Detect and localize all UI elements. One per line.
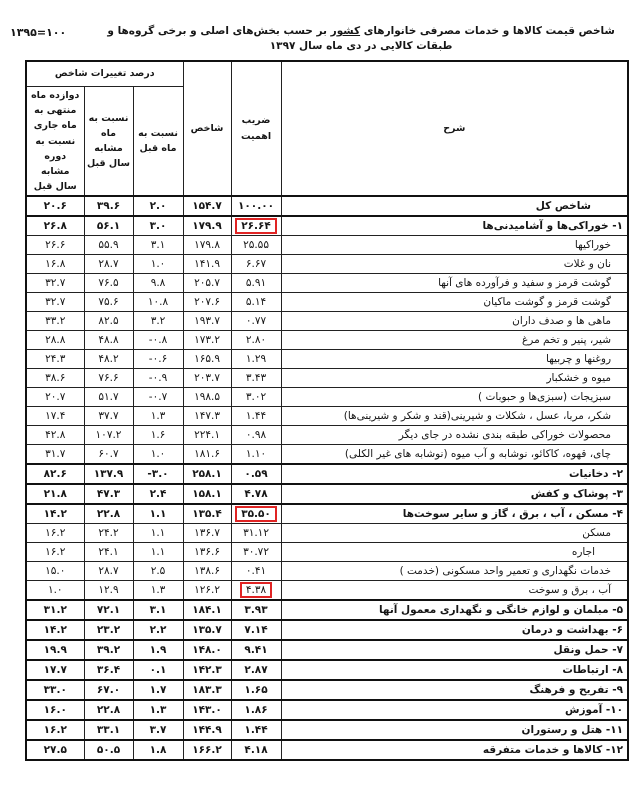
cell-12month-change: ۲۴.۳ <box>26 350 84 369</box>
cell-mom-change: ۱.۳ <box>133 407 183 426</box>
cell-index-value: ۱۲۶.۲ <box>183 581 231 601</box>
cell-index-value: ۱۸۴.۱ <box>183 600 231 620</box>
table-row: ۱۶.۲۲۴.۲۱.۱۱۳۶.۷۳۱.۱۲مسکن <box>26 524 628 543</box>
cell-12month-change: ۲۱.۸ <box>26 484 84 504</box>
cell-description: آب ، برق و سوخت <box>281 581 628 601</box>
table-row: ۱۷.۷۳۶.۴۰.۱۱۴۲.۳۲.۸۷۸- ارتباطات <box>26 660 628 680</box>
cell-description: مسکن <box>281 524 628 543</box>
cell-yoy-change: ۳۳.۱ <box>84 720 133 740</box>
highlight-box: ۳۵.۵۰ <box>235 506 277 522</box>
cell-12month-change: ۲۰.۶ <box>26 196 84 216</box>
cell-description: روغنها و چربیها <box>281 350 628 369</box>
cell-index-value: ۱۶۶.۲ <box>183 740 231 760</box>
cell-index-value: ۱۹۳.۷ <box>183 312 231 331</box>
cell-weight-value: ۴.۷۸ <box>231 484 281 504</box>
page-title-pre: شاخص قیمت کالاها و خدمات مصرفی خانوارهای <box>360 25 615 37</box>
cpi-table: درصد تغییرات شاخص شاخص ضریب اهمیت شرح دو… <box>25 60 629 761</box>
cell-weight-value: ۴.۱۸ <box>231 740 281 760</box>
cell-description: ۳- پوشاک و کفش <box>281 484 628 504</box>
cell-weight-value: ۱.۶۵ <box>231 680 281 700</box>
cell-yoy-change: ۲۳.۲ <box>84 620 133 640</box>
cell-12month-change: ۳۲.۷ <box>26 293 84 312</box>
cell-description: شاخص کل <box>281 196 628 216</box>
cell-description: چای، قهوه، کاکائو، نوشابه و آب میوه (نوش… <box>281 445 628 465</box>
cell-weight-value: ۱.۱۰ <box>231 445 281 465</box>
cell-weight-value: ۲۶.۶۴ <box>231 216 281 236</box>
cell-weight-value: ۱۰۰.۰۰ <box>231 196 281 216</box>
cell-description: شیر، پنیر و تخم مرغ <box>281 331 628 350</box>
cell-weight-value: ۰.۵۹ <box>231 464 281 484</box>
table-row: ۱۶.۲۲۴.۱۱.۱۱۳۶.۶۳۰.۷۲اجاره <box>26 543 628 562</box>
cell-index-value: ۱۳۸.۶ <box>183 562 231 581</box>
cell-yoy-change: ۳۹.۶ <box>84 196 133 216</box>
cell-mom-change: -۰.۶ <box>133 350 183 369</box>
table-row: ۲۸.۸۴۸.۸-۰.۸۱۷۳.۲۲.۸۰شیر، پنیر و تخم مرغ <box>26 331 628 350</box>
cell-12month-change: ۱۶.۲ <box>26 524 84 543</box>
cell-12month-change: ۳۳.۰ <box>26 680 84 700</box>
cell-12month-change: ۸۲.۶ <box>26 464 84 484</box>
cell-index-value: ۱۴۴.۹ <box>183 720 231 740</box>
cell-index-value: ۲۰۳.۷ <box>183 369 231 388</box>
cell-12month-change: ۲۸.۸ <box>26 331 84 350</box>
header-12month: دوازده ماه منتهی به ماه جاری نسبت به دور… <box>26 87 84 197</box>
cell-weight-value: ۰.۹۸ <box>231 426 281 445</box>
cell-yoy-change: ۵۱.۷ <box>84 388 133 407</box>
cell-description: نان و غلات <box>281 255 628 274</box>
cell-weight-value: ۲.۸۰ <box>231 331 281 350</box>
table-row: ۳۸.۶۷۶.۶-۰.۹۲۰۳.۷۳.۴۳میوه و خشکبار <box>26 369 628 388</box>
table-body: ۲۰.۶۳۹.۶۲.۰۱۵۴.۷۱۰۰.۰۰شاخص کل۲۶.۸۵۶.۱۳.۰… <box>26 196 628 760</box>
cell-description: ۵- مبلمان و لوازم خانگی و نگهداری معمول … <box>281 600 628 620</box>
cell-index-value: ۲۲۴.۱ <box>183 426 231 445</box>
cell-12month-change: ۳۱.۷ <box>26 445 84 465</box>
table-row: ۱۷.۴۳۷.۷۱.۳۱۴۷.۳۱.۴۴شکر، مربا، عسل ، شکل… <box>26 407 628 426</box>
table-row: ۳۳.۲۸۲.۵۳.۲۱۹۳.۷۰.۷۷ماهی ها و صدف داران <box>26 312 628 331</box>
cell-12month-change: ۳۱.۲ <box>26 600 84 620</box>
cell-mom-change: ۱.۳ <box>133 581 183 601</box>
cell-mom-change: ۱.۸ <box>133 740 183 760</box>
cell-yoy-change: ۲۸.۷ <box>84 255 133 274</box>
cell-yoy-change: ۷۲.۱ <box>84 600 133 620</box>
cell-weight-value: ۶.۶۷ <box>231 255 281 274</box>
cell-yoy-change: ۳۶.۴ <box>84 660 133 680</box>
cell-index-value: ۱۴۲.۳ <box>183 660 231 680</box>
table-row: ۲۶.۶۵۵.۹۳.۱۱۷۹.۸۲۵.۵۵خوراکیها <box>26 236 628 255</box>
table-row: ۳۲.۷۷۶.۵۹.۸۲۰۵.۷۵.۹۱گوشت قرمز و سفید و ف… <box>26 274 628 293</box>
table-row: ۱۹.۹۳۹.۲۱.۹۱۴۸.۰۹.۴۱۷- حمل ونقل <box>26 640 628 660</box>
header-yoy: نسبت به ماه مشابه سال قبل <box>84 87 133 197</box>
cell-description: ماهی ها و صدف داران <box>281 312 628 331</box>
cell-index-value: ۱۴۱.۹ <box>183 255 231 274</box>
cell-description: سبزیجات (سبزی‌ها و حبوبات ) <box>281 388 628 407</box>
table-row: ۸۲.۶۱۳۷.۹-۳.۰۲۵۸.۱۰.۵۹۲- دخانیات <box>26 464 628 484</box>
cell-description: ۹- تفریح و فرهنگ <box>281 680 628 700</box>
header-mom: نسبت به ماه قبل <box>133 87 183 197</box>
cell-12month-change: ۱۹.۹ <box>26 640 84 660</box>
cell-mom-change: -۰.۹ <box>133 369 183 388</box>
cell-yoy-change: ۵۶.۱ <box>84 216 133 236</box>
table-row: ۲۷.۵۵۰.۵۱.۸۱۶۶.۲۴.۱۸۱۲- کالاها و خدمات م… <box>26 740 628 760</box>
cell-yoy-change: ۱۳۷.۹ <box>84 464 133 484</box>
cell-yoy-change: ۶۰.۷ <box>84 445 133 465</box>
cell-yoy-change: ۴۸.۸ <box>84 331 133 350</box>
cell-mom-change: ۱.۱ <box>133 504 183 524</box>
cell-weight-value: ۵.۹۱ <box>231 274 281 293</box>
cell-index-value: ۱۶۵.۹ <box>183 350 231 369</box>
table-row: ۱۶.۰۲۲.۸۱.۳۱۴۳.۰۱.۸۶۱۰- آموزش <box>26 700 628 720</box>
cell-yoy-change: ۴۸.۲ <box>84 350 133 369</box>
cell-description: ۲- دخانیات <box>281 464 628 484</box>
cell-12month-change: ۲۰.۷ <box>26 388 84 407</box>
cell-mom-change: ۲.۰ <box>133 196 183 216</box>
cell-index-value: ۱۴۸.۰ <box>183 640 231 660</box>
cell-index-value: ۱۵۴.۷ <box>183 196 231 216</box>
cell-description: ۶- بهداشت و درمان <box>281 620 628 640</box>
cell-mom-change: -۳.۰ <box>133 464 183 484</box>
cell-12month-change: ۱۶.۲ <box>26 543 84 562</box>
cell-12month-change: ۳۸.۶ <box>26 369 84 388</box>
cell-mom-change: ۱.۰ <box>133 445 183 465</box>
table-row: ۲۰.۶۳۹.۶۲.۰۱۵۴.۷۱۰۰.۰۰شاخص کل <box>26 196 628 216</box>
table-row: ۱۶.۸۲۸.۷۱.۰۱۴۱.۹۶.۶۷نان و غلات <box>26 255 628 274</box>
cell-description: گوشت قرمز و سفید و فرآورده های آنها <box>281 274 628 293</box>
cell-mom-change: ۱.۷ <box>133 680 183 700</box>
cell-index-value: ۲۰۷.۶ <box>183 293 231 312</box>
cell-weight-value: ۳۱.۱۲ <box>231 524 281 543</box>
cell-12month-change: ۴۲.۸ <box>26 426 84 445</box>
table-row: ۳۳.۰۶۷.۰۱.۷۱۸۳.۳۱.۶۵۹- تفریح و فرهنگ <box>26 680 628 700</box>
cell-12month-change: ۱۴.۲ <box>26 504 84 524</box>
cell-description: ۸- ارتباطات <box>281 660 628 680</box>
cell-weight-value: ۳.۰۲ <box>231 388 281 407</box>
header-description: شرح <box>281 61 628 196</box>
table-row: ۳۱.۲۷۲.۱۳.۱۱۸۴.۱۳.۹۳۵- مبلمان و لوازم خا… <box>26 600 628 620</box>
cell-12month-change: ۳۲.۷ <box>26 274 84 293</box>
cell-index-value: ۱۳۶.۷ <box>183 524 231 543</box>
cell-weight-value: ۳۰.۷۲ <box>231 543 281 562</box>
cell-mom-change: ۳.۱ <box>133 600 183 620</box>
table-row: ۲۴.۳۴۸.۲-۰.۶۱۶۵.۹۱.۲۹روغنها و چربیها <box>26 350 628 369</box>
cell-index-value: ۲۰۵.۷ <box>183 274 231 293</box>
page-title-underlined-word: کشور <box>331 25 360 37</box>
cell-yoy-change: ۱۲.۹ <box>84 581 133 601</box>
cell-index-value: ۱۷۹.۸ <box>183 236 231 255</box>
cell-weight-value: ۳۵.۵۰ <box>231 504 281 524</box>
cell-yoy-change: ۴۷.۳ <box>84 484 133 504</box>
cell-mom-change: ۰.۱ <box>133 660 183 680</box>
cell-index-value: ۱۴۳.۰ <box>183 700 231 720</box>
cell-mom-change: ۳.۲ <box>133 312 183 331</box>
cell-description: اجاره <box>281 543 628 562</box>
cell-yoy-change: ۷۶.۵ <box>84 274 133 293</box>
cell-mom-change: ۱۰.۸ <box>133 293 183 312</box>
cell-mom-change: ۱.۶ <box>133 426 183 445</box>
cell-weight-value: ۱.۸۶ <box>231 700 281 720</box>
cell-index-value: ۱۸۱.۶ <box>183 445 231 465</box>
cell-weight-value: ۱.۴۴ <box>231 720 281 740</box>
table-header: درصد تغییرات شاخص شاخص ضریب اهمیت شرح دو… <box>26 61 628 196</box>
cell-index-value: ۱۵۸.۱ <box>183 484 231 504</box>
cell-index-value: ۱۷۳.۲ <box>183 331 231 350</box>
cell-yoy-change: ۳۹.۲ <box>84 640 133 660</box>
cell-mom-change: -۰.۸ <box>133 331 183 350</box>
cell-weight-value: ۰.۴۱ <box>231 562 281 581</box>
cell-yoy-change: ۶۷.۰ <box>84 680 133 700</box>
cell-weight-value: ۹.۴۱ <box>231 640 281 660</box>
cell-mom-change: ۲.۴ <box>133 484 183 504</box>
cell-weight-value: ۵.۱۴ <box>231 293 281 312</box>
cell-yoy-change: ۲۴.۲ <box>84 524 133 543</box>
cell-yoy-change: ۷۶.۶ <box>84 369 133 388</box>
cell-mom-change: ۱.۱ <box>133 524 183 543</box>
cell-yoy-change: ۲۲.۸ <box>84 504 133 524</box>
cell-description: شکر، مربا، عسل ، شکلات و شیرینی(قند و شک… <box>281 407 628 426</box>
highlight-box: ۲۶.۶۴ <box>235 218 277 234</box>
table-row: ۲۰.۷۵۱.۷-۰.۷۱۹۸.۵۳.۰۲سبزیجات (سبزی‌ها و … <box>26 388 628 407</box>
cell-weight-value: ۱.۴۴ <box>231 407 281 426</box>
cell-12month-change: ۱۶.۸ <box>26 255 84 274</box>
table-row: ۱۴.۲۲۲.۸۱.۱۱۳۵.۴۳۵.۵۰۴- مسکن ، آب ، برق … <box>26 504 628 524</box>
cell-mom-change: ۲.۵ <box>133 562 183 581</box>
cell-mom-change: ۹.۸ <box>133 274 183 293</box>
cell-12month-change: ۳۳.۲ <box>26 312 84 331</box>
cell-yoy-change: ۸۲.۵ <box>84 312 133 331</box>
title-row: ۱۳۹۵=۱۰۰ شاخص قیمت کالاها و خدمات مصرفی … <box>10 24 626 53</box>
table-row: ۱۶.۲۳۳.۱۳.۷۱۴۴.۹۱.۴۴۱۱- هتل و رستوران <box>26 720 628 740</box>
cell-12month-change: ۱۶.۰ <box>26 700 84 720</box>
cell-12month-change: ۲۶.۶ <box>26 236 84 255</box>
cell-mom-change: ۱.۰ <box>133 255 183 274</box>
cell-yoy-change: ۲۴.۱ <box>84 543 133 562</box>
cell-yoy-change: ۵۰.۵ <box>84 740 133 760</box>
cell-index-value: ۱۹۸.۵ <box>183 388 231 407</box>
cell-weight-value: ۱.۲۹ <box>231 350 281 369</box>
cell-weight-value: ۳.۹۳ <box>231 600 281 620</box>
cell-weight-value: ۳.۴۳ <box>231 369 281 388</box>
cell-mom-change: ۱.۳ <box>133 700 183 720</box>
cell-weight-value: ۷.۱۴ <box>231 620 281 640</box>
cell-description: گوشت قرمز و گوشت ماکیان <box>281 293 628 312</box>
cell-12month-change: ۲۷.۵ <box>26 740 84 760</box>
cell-description: خدمات نگهداری و تعمیر واحد مسکونی (خدمت … <box>281 562 628 581</box>
cell-description: ۷- حمل ونقل <box>281 640 628 660</box>
table-row: ۱۵.۰۲۸.۷۲.۵۱۳۸.۶۰.۴۱خدمات نگهداری و تعمی… <box>26 562 628 581</box>
highlight-box: ۴.۳۸ <box>240 582 272 598</box>
base-year-note: ۱۳۹۵=۱۰۰ <box>10 24 66 39</box>
cell-mom-change: ۱.۱ <box>133 543 183 562</box>
cell-mom-change: ۲.۲ <box>133 620 183 640</box>
cell-description: ۱۲- کالاها و خدمات متفرقه <box>281 740 628 760</box>
cell-weight-value: ۲۵.۵۵ <box>231 236 281 255</box>
cell-weight-value: ۲.۸۷ <box>231 660 281 680</box>
cell-index-value: ۱۴۷.۳ <box>183 407 231 426</box>
table-row: ۳۱.۷۶۰.۷۱.۰۱۸۱.۶۱.۱۰چای، قهوه، کاکائو، ن… <box>26 445 628 465</box>
cell-yoy-change: ۲۸.۷ <box>84 562 133 581</box>
cell-weight-value: ۴.۳۸ <box>231 581 281 601</box>
cell-index-value: ۱۸۳.۳ <box>183 680 231 700</box>
cell-weight-value: ۰.۷۷ <box>231 312 281 331</box>
table-row: ۱۴.۲۲۳.۲۲.۲۱۳۵.۷۷.۱۴۶- بهداشت و درمان <box>26 620 628 640</box>
cell-index-value: ۲۵۸.۱ <box>183 464 231 484</box>
cell-description: محصولات خوراکی طبقه بندی نشده در جای دیگ… <box>281 426 628 445</box>
cell-yoy-change: ۱۰۷.۲ <box>84 426 133 445</box>
table-row: ۲۱.۸۴۷.۳۲.۴۱۵۸.۱۴.۷۸۳- پوشاک و کفش <box>26 484 628 504</box>
cell-mom-change: ۳.۰ <box>133 216 183 236</box>
table-row: ۲۶.۸۵۶.۱۳.۰۱۷۹.۹۲۶.۶۴۱- خوراکی‌ها و آشام… <box>26 216 628 236</box>
cell-mom-change: ۱.۹ <box>133 640 183 660</box>
header-pct-change-group: درصد تغییرات شاخص <box>26 61 183 87</box>
cell-12month-change: ۱۶.۲ <box>26 720 84 740</box>
cell-description: ۱۰- آموزش <box>281 700 628 720</box>
cell-description: ۱۱- هتل و رستوران <box>281 720 628 740</box>
table-row: ۳۲.۷۷۵.۶۱۰.۸۲۰۷.۶۵.۱۴گوشت قرمز و گوشت ما… <box>26 293 628 312</box>
cell-description: ۴- مسکن ، آب ، برق ، گاز و سایر سوخت‌ها <box>281 504 628 524</box>
page-title: شاخص قیمت کالاها و خدمات مصرفی خانوارهای… <box>66 24 626 53</box>
table-row: ۴۲.۸۱۰۷.۲۱.۶۲۲۴.۱۰.۹۸محصولات خوراکی طبقه… <box>26 426 628 445</box>
cell-mom-change: ۳.۱ <box>133 236 183 255</box>
cell-index-value: ۱۷۹.۹ <box>183 216 231 236</box>
cell-index-value: ۱۳۶.۶ <box>183 543 231 562</box>
cell-yoy-change: ۳۷.۷ <box>84 407 133 426</box>
cell-mom-change: ۳.۷ <box>133 720 183 740</box>
cell-12month-change: ۱.۰ <box>26 581 84 601</box>
header-index: شاخص <box>183 61 231 196</box>
cell-yoy-change: ۵۵.۹ <box>84 236 133 255</box>
header-weight: ضریب اهمیت <box>231 61 281 196</box>
cell-index-value: ۱۳۵.۷ <box>183 620 231 640</box>
cell-yoy-change: ۷۵.۶ <box>84 293 133 312</box>
cell-12month-change: ۱۷.۴ <box>26 407 84 426</box>
cell-index-value: ۱۳۵.۴ <box>183 504 231 524</box>
cell-12month-change: ۱۵.۰ <box>26 562 84 581</box>
cell-yoy-change: ۲۲.۸ <box>84 700 133 720</box>
table-row: ۱.۰۱۲.۹۱.۳۱۲۶.۲۴.۳۸آب ، برق و سوخت <box>26 581 628 601</box>
cell-12month-change: ۱۷.۷ <box>26 660 84 680</box>
cell-description: خوراکیها <box>281 236 628 255</box>
cell-12month-change: ۱۴.۲ <box>26 620 84 640</box>
cell-mom-change: -۰.۷ <box>133 388 183 407</box>
cell-description: میوه و خشکبار <box>281 369 628 388</box>
cell-description: ۱- خوراکی‌ها و آشامیدنی‌ها <box>281 216 628 236</box>
cell-12month-change: ۲۶.۸ <box>26 216 84 236</box>
